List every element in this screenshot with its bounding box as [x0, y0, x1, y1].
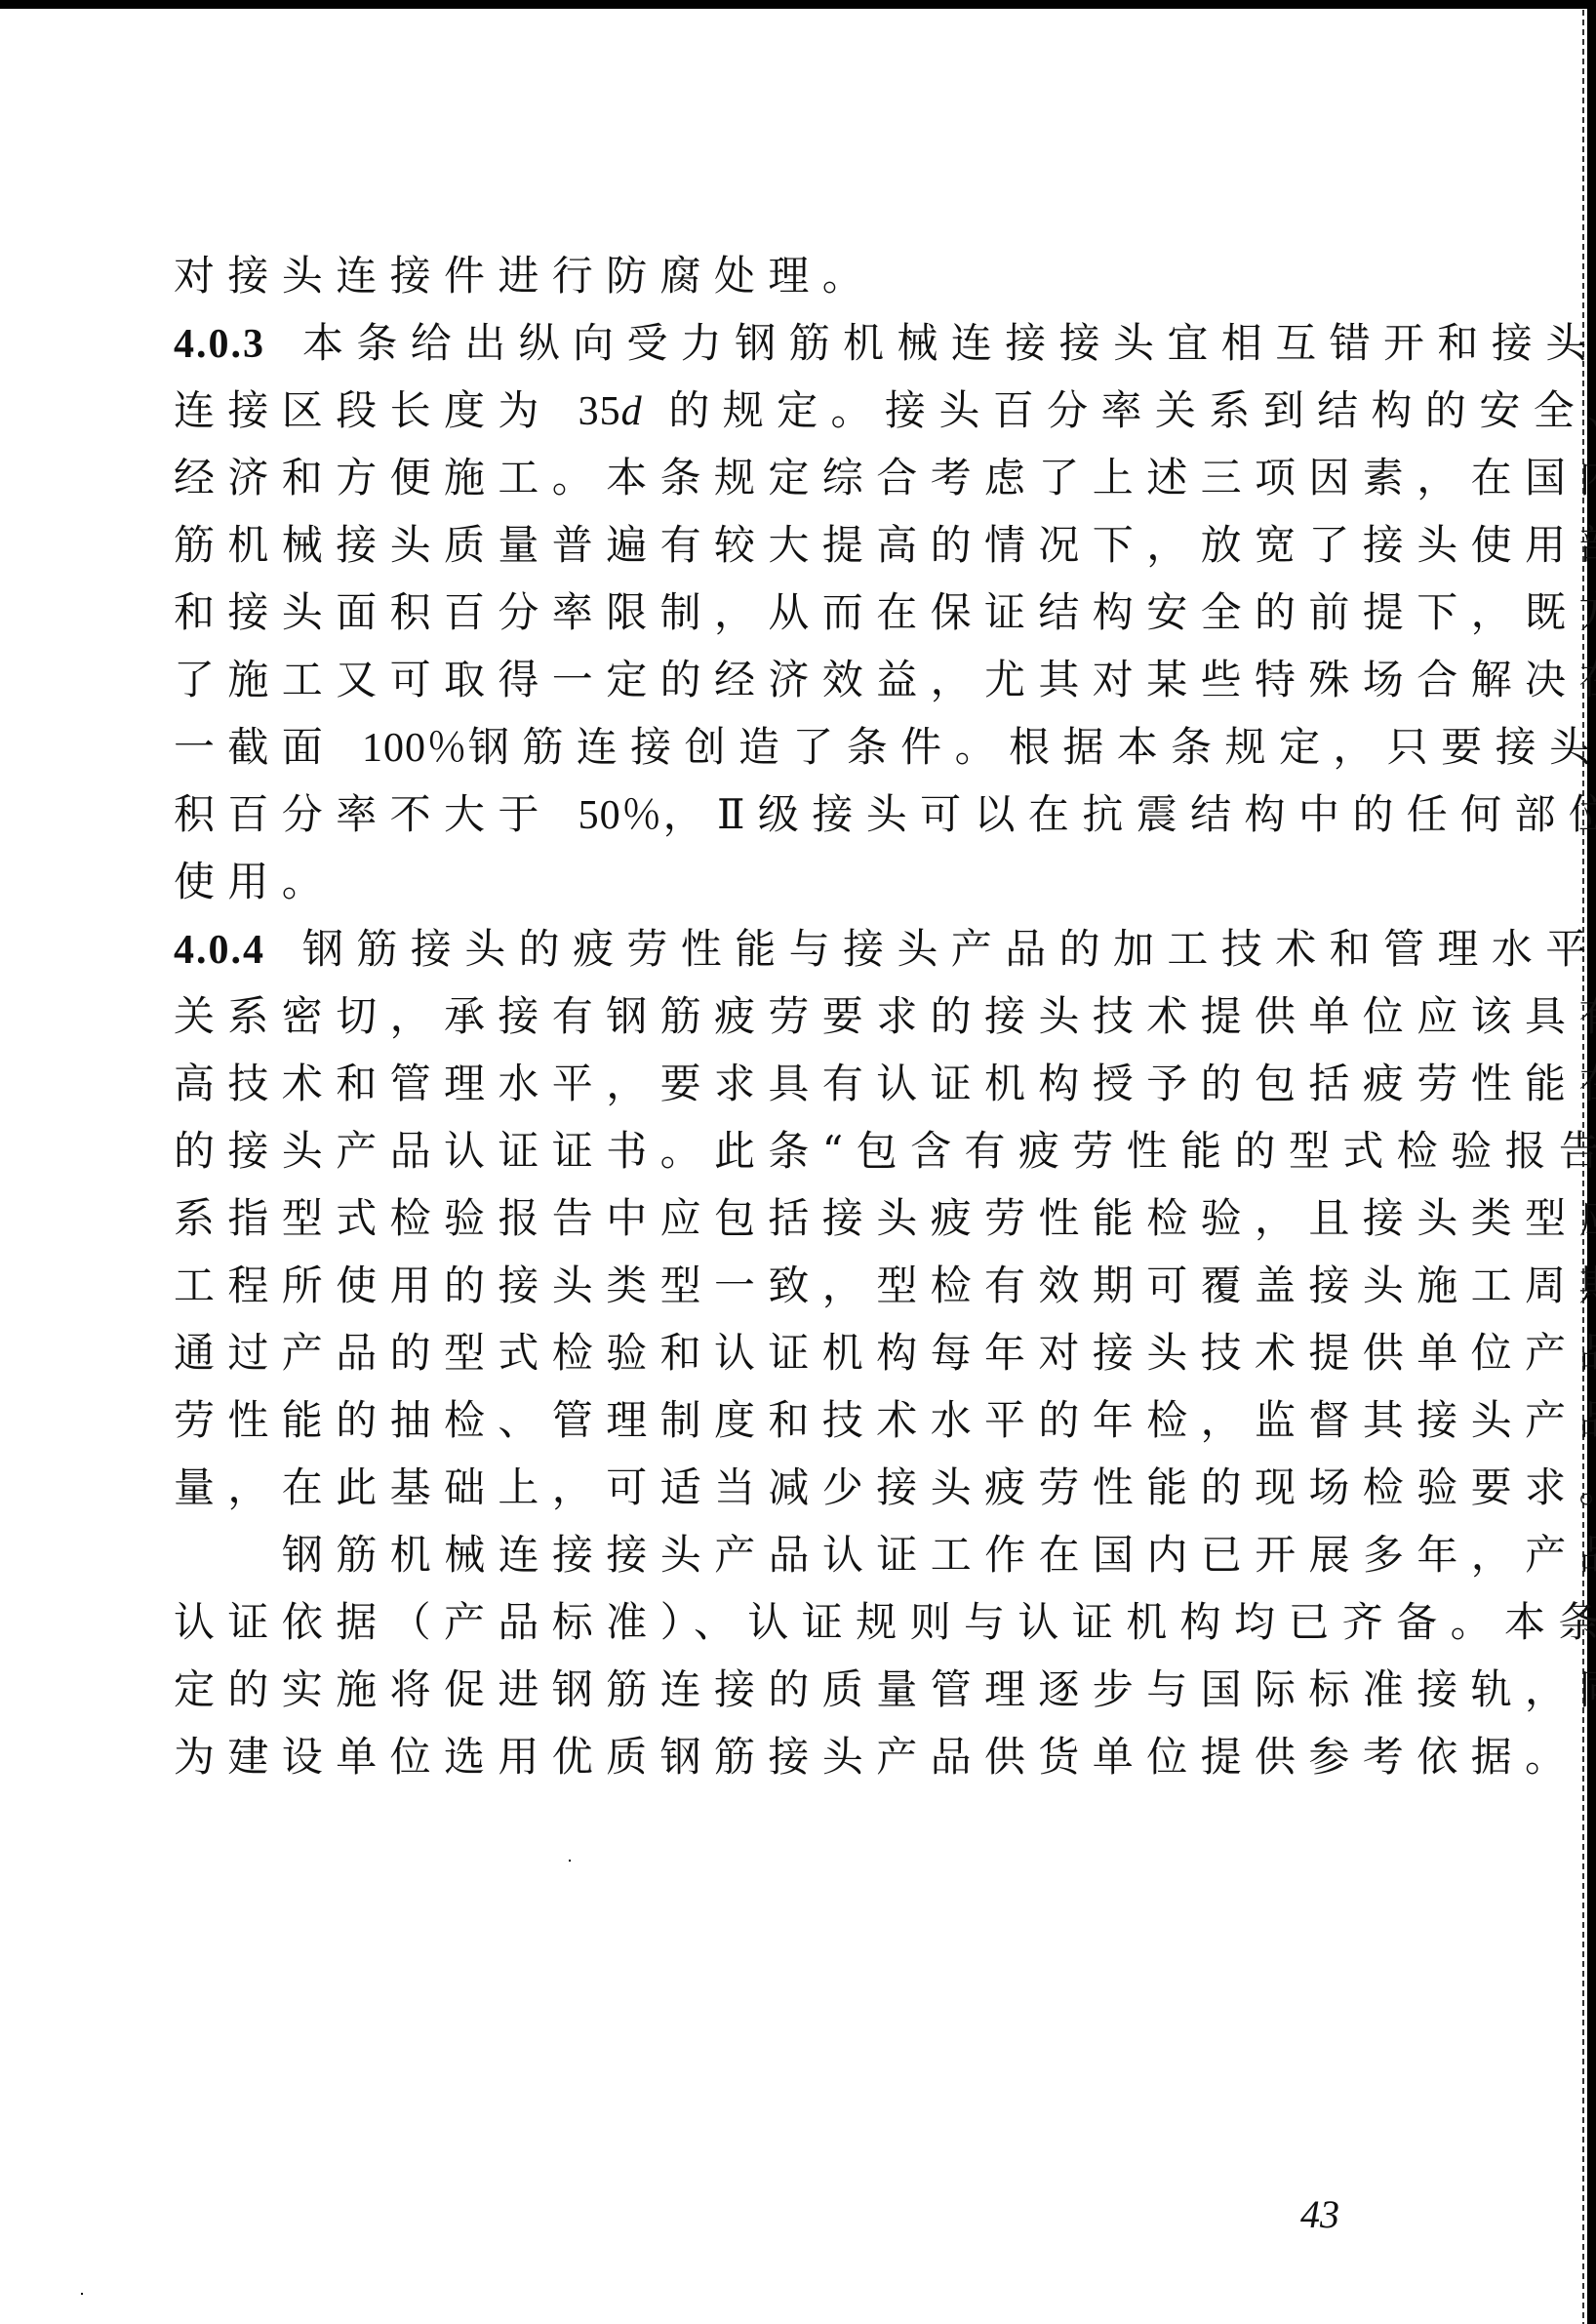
- text-line: 对接头连接件进行防腐处理。: [174, 253, 876, 300]
- number-run: 50％: [579, 793, 663, 838]
- math-variable: d: [621, 389, 643, 434]
- text-run: 连接区段长度为: [174, 386, 579, 434]
- text-line: 连接区段长度为 35d 的规定。接头百分率关系到结构的安全、: [174, 387, 1596, 435]
- text-line: 工程所使用的接头类型一致，型检有效期可覆盖接头施工周期。: [174, 1262, 1596, 1309]
- text-line: 认证依据（产品标准）、认证规则与认证机构均已齐备。本条规: [174, 1599, 1596, 1646]
- text-run: 钢筋接头的疲劳性能与接头产品的加工技术和管理水平: [302, 925, 1596, 973]
- text-run: 一截面: [174, 723, 362, 771]
- clause-heading-line: 4.0.3本条给出纵向受力钢筋机械连接接头宜相互错开和接头: [174, 320, 1596, 368]
- text-line: 高技术和管理水平，要求具有认证机构授予的包括疲劳性能在内: [174, 1061, 1596, 1107]
- text-line: 定的实施将促进钢筋连接的质量管理逐步与国际标准接轨，同时: [174, 1666, 1596, 1713]
- clause-number: 4.0.4: [174, 928, 265, 973]
- text-run: 积百分率不大于: [174, 790, 579, 838]
- clause-heading-line: 4.0.4钢筋接头的疲劳性能与接头产品的加工技术和管理水平: [174, 926, 1596, 974]
- text-line: 筋机械接头质量普遍有较大提高的情况下，放宽了接头使用部位: [174, 522, 1596, 569]
- scan-border-top: [0, 0, 1596, 9]
- text-line: 使用。: [174, 859, 336, 905]
- text-line: 一截面 100％钢筋连接创造了条件。根据本条规定，只要接头面: [174, 724, 1596, 772]
- text-run: ，Ⅱ级接头可以在抗震结构中的任何部位: [663, 790, 1596, 838]
- text-line: 劳性能的抽检、管理制度和技术水平的年检，监督其接头产品质: [174, 1397, 1596, 1444]
- text-line: 关系密切，承接有钢筋疲劳要求的接头技术提供单位应该具有较: [174, 993, 1596, 1040]
- text-run: 本条给出纵向受力钢筋机械连接接头宜相互错开和接头: [302, 319, 1596, 367]
- text-line: 和接头面积百分率限制，从而在保证结构安全的前提下，既方便: [174, 589, 1596, 636]
- scan-speck: [81, 2293, 83, 2295]
- text-line: 的接头产品认证证书。此条“包含有疲劳性能的型式检验报告”，: [174, 1128, 1596, 1175]
- text-line: 钢筋机械连接接头产品认证工作在国内已开展多年，产品的: [282, 1532, 1596, 1579]
- number-run: 100％: [362, 726, 468, 771]
- text-line: 积百分率不大于 50％，Ⅱ级接头可以在抗震结构中的任何部位: [174, 791, 1596, 839]
- text-line: 系指型式检验报告中应包括接头疲劳性能检验，且接头类型应与: [174, 1195, 1596, 1242]
- text-run: 的规定。接头百分率关系到结构的安全、: [643, 386, 1596, 434]
- number-run: 35: [579, 389, 621, 434]
- text-run: 钢筋连接创造了条件。根据本条规定，只要接头面: [468, 723, 1596, 771]
- scan-speck: [569, 1860, 571, 1862]
- text-line: 了施工又可取得一定的经济效益，尤其对某些特殊场合解决在同: [174, 657, 1596, 703]
- text-line: 通过产品的型式检验和认证机构每年对接头技术提供单位产品疲: [174, 1330, 1596, 1377]
- text-line: 为建设单位选用优质钢筋接头产品供货单位提供参考依据。: [174, 1734, 1578, 1781]
- text-line: 经济和方便施工。本条规定综合考虑了上述三项因素，在国内钢: [174, 455, 1596, 501]
- clause-number: 4.0.3: [174, 322, 265, 367]
- text-line: 量，在此基础上，可适当减少接头疲劳性能的现场检验要求。: [174, 1464, 1596, 1511]
- page-number: 43: [1300, 2191, 1339, 2237]
